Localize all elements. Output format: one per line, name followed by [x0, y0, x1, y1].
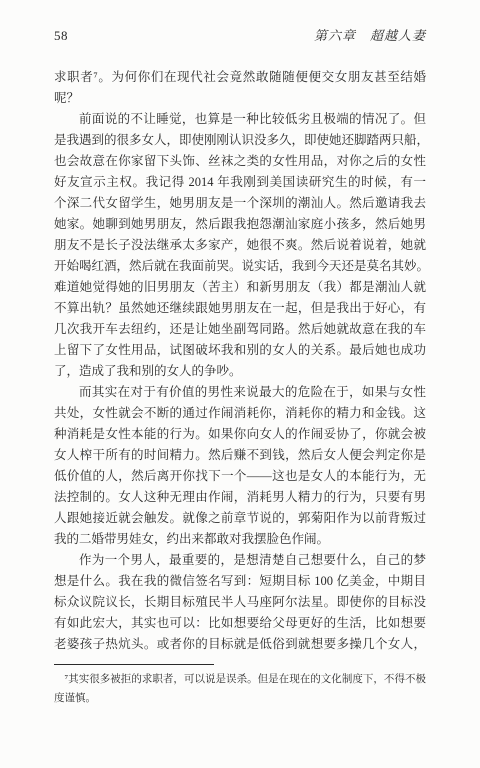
page-header: 58 第六章 超越人妻 — [54, 28, 426, 44]
text-line: 了，造成了我和别的女人的争吵。 — [54, 361, 426, 382]
text-line: 几次我开车去纽约，还是让她坐副驾同路。然后她就故意在我的车 — [54, 319, 426, 340]
text-line: 好友宣示主权。我记得 2014 年我刚到美国读研究生的时候，有一 — [54, 172, 426, 193]
text-line: 难道她觉得她的旧男朋友（苦主）和新男朋友（我）都是潮汕人就 — [54, 277, 426, 298]
text-line: 求职者⁷。为何你们在现代社会竟然敢随随便便交女朋友甚至结婚 — [54, 67, 426, 88]
text-line: 朋友不是长子没法继承太多家产，她很不爽。然后说着说着，她就 — [54, 235, 426, 256]
text-line: 作为一个男人，最重要的，是想清楚自己想要什么，自己的梦 — [54, 550, 426, 571]
footnote-rule — [54, 664, 214, 665]
text-line: 开始喝红酒，然后就在我面前哭。说实话，我到今天还是莫名其妙。 — [54, 256, 426, 277]
text-line: 度谨慎。 — [54, 689, 426, 708]
text-line: 呢？ — [54, 88, 426, 109]
footnote-text: ⁷其实很多被拒的求职者，可以说是误杀。但是在现在的文化制度下，不得不极度谨慎。 — [54, 670, 426, 708]
book-page: 58 第六章 超越人妻 求职者⁷。为何你们在现代社会竟然敢随随便便交女朋友甚至结… — [0, 0, 480, 768]
text-line: 不算出轨？虽然她还继续跟她男朋友在一起，但是我出于好心，有 — [54, 298, 426, 319]
text-line: 共处，女性就会不断的通过作闹消耗你，消耗你的精力和金钱。这 — [54, 403, 426, 424]
body-text: 求职者⁷。为何你们在现代社会竟然敢随随便便交女朋友甚至结婚呢？前面说的不让睡觉，… — [54, 67, 426, 655]
text-line: 也会故意在你家留下头饰、丝袜之类的女性用品，对你之后的女性 — [54, 151, 426, 172]
text-line: ⁷其实很多被拒的求职者，可以说是误杀。但是在现在的文化制度下，不得不极 — [54, 670, 426, 689]
text-line: 有如此宏大，其实也可以：比如想要给父母更好的生活，比如想要 — [54, 613, 426, 634]
text-line: 老婆孩子热炕头。或者你的目标就是低俗到就想要多操几个女人， — [54, 634, 426, 655]
text-line: 是我遇到的很多女人，即使刚刚认识没多久，即使她还脚踏两只船， — [54, 130, 426, 151]
text-line: 而其实在对于有价值的男性来说最大的危险在于，如果与女性 — [54, 382, 426, 403]
text-line: 标众议院议长，长期目标殖民半人马座阿尔法星。即使你的目标没 — [54, 592, 426, 613]
text-line: 种消耗是女性本能的行为。如果你向女人的作闹妥协了，你就会被 — [54, 424, 426, 445]
text-line: 前面说的不让睡觉，也算是一种比较低劣且极端的情况了。但 — [54, 109, 426, 130]
text-line: 人跟她接近就会触发。就像之前章节说的，郭菊阳作为以前背叛过 — [54, 508, 426, 529]
chapter-header: 第六章 超越人妻 — [314, 28, 426, 44]
text-line: 我的二婚带男娃女，约出来都敢对我摆脸色作闹。 — [54, 529, 426, 550]
text-line: 女人榨干所有的时间精力。然后赚不到钱，然后女人便会判定你是 — [54, 445, 426, 466]
text-line: 上留下了女性用品，试图破坏我和别的女人的关系。最后她也成功 — [54, 340, 426, 361]
footnote: ⁷其实很多被拒的求职者，可以说是误杀。但是在现在的文化制度下，不得不极度谨慎。 — [54, 664, 426, 708]
page-number: 58 — [54, 28, 68, 44]
text-line: 法控制的。女人这种无理由作闹，消耗男人精力的行为，只要有男 — [54, 487, 426, 508]
text-line: 低价值的人，然后离开你找下一个——这也是女人的本能行为，无 — [54, 466, 426, 487]
text-line: 想是什么。我在我的微信签名写到：短期目标 100 亿美金，中期目 — [54, 571, 426, 592]
text-line: 她家。她聊到她男朋友，然后跟我抱怨潮汕家庭小孩多，然后她男 — [54, 214, 426, 235]
text-line: 个深二代女留学生，她男朋友是一个深圳的潮汕人。然后邀请我去 — [54, 193, 426, 214]
